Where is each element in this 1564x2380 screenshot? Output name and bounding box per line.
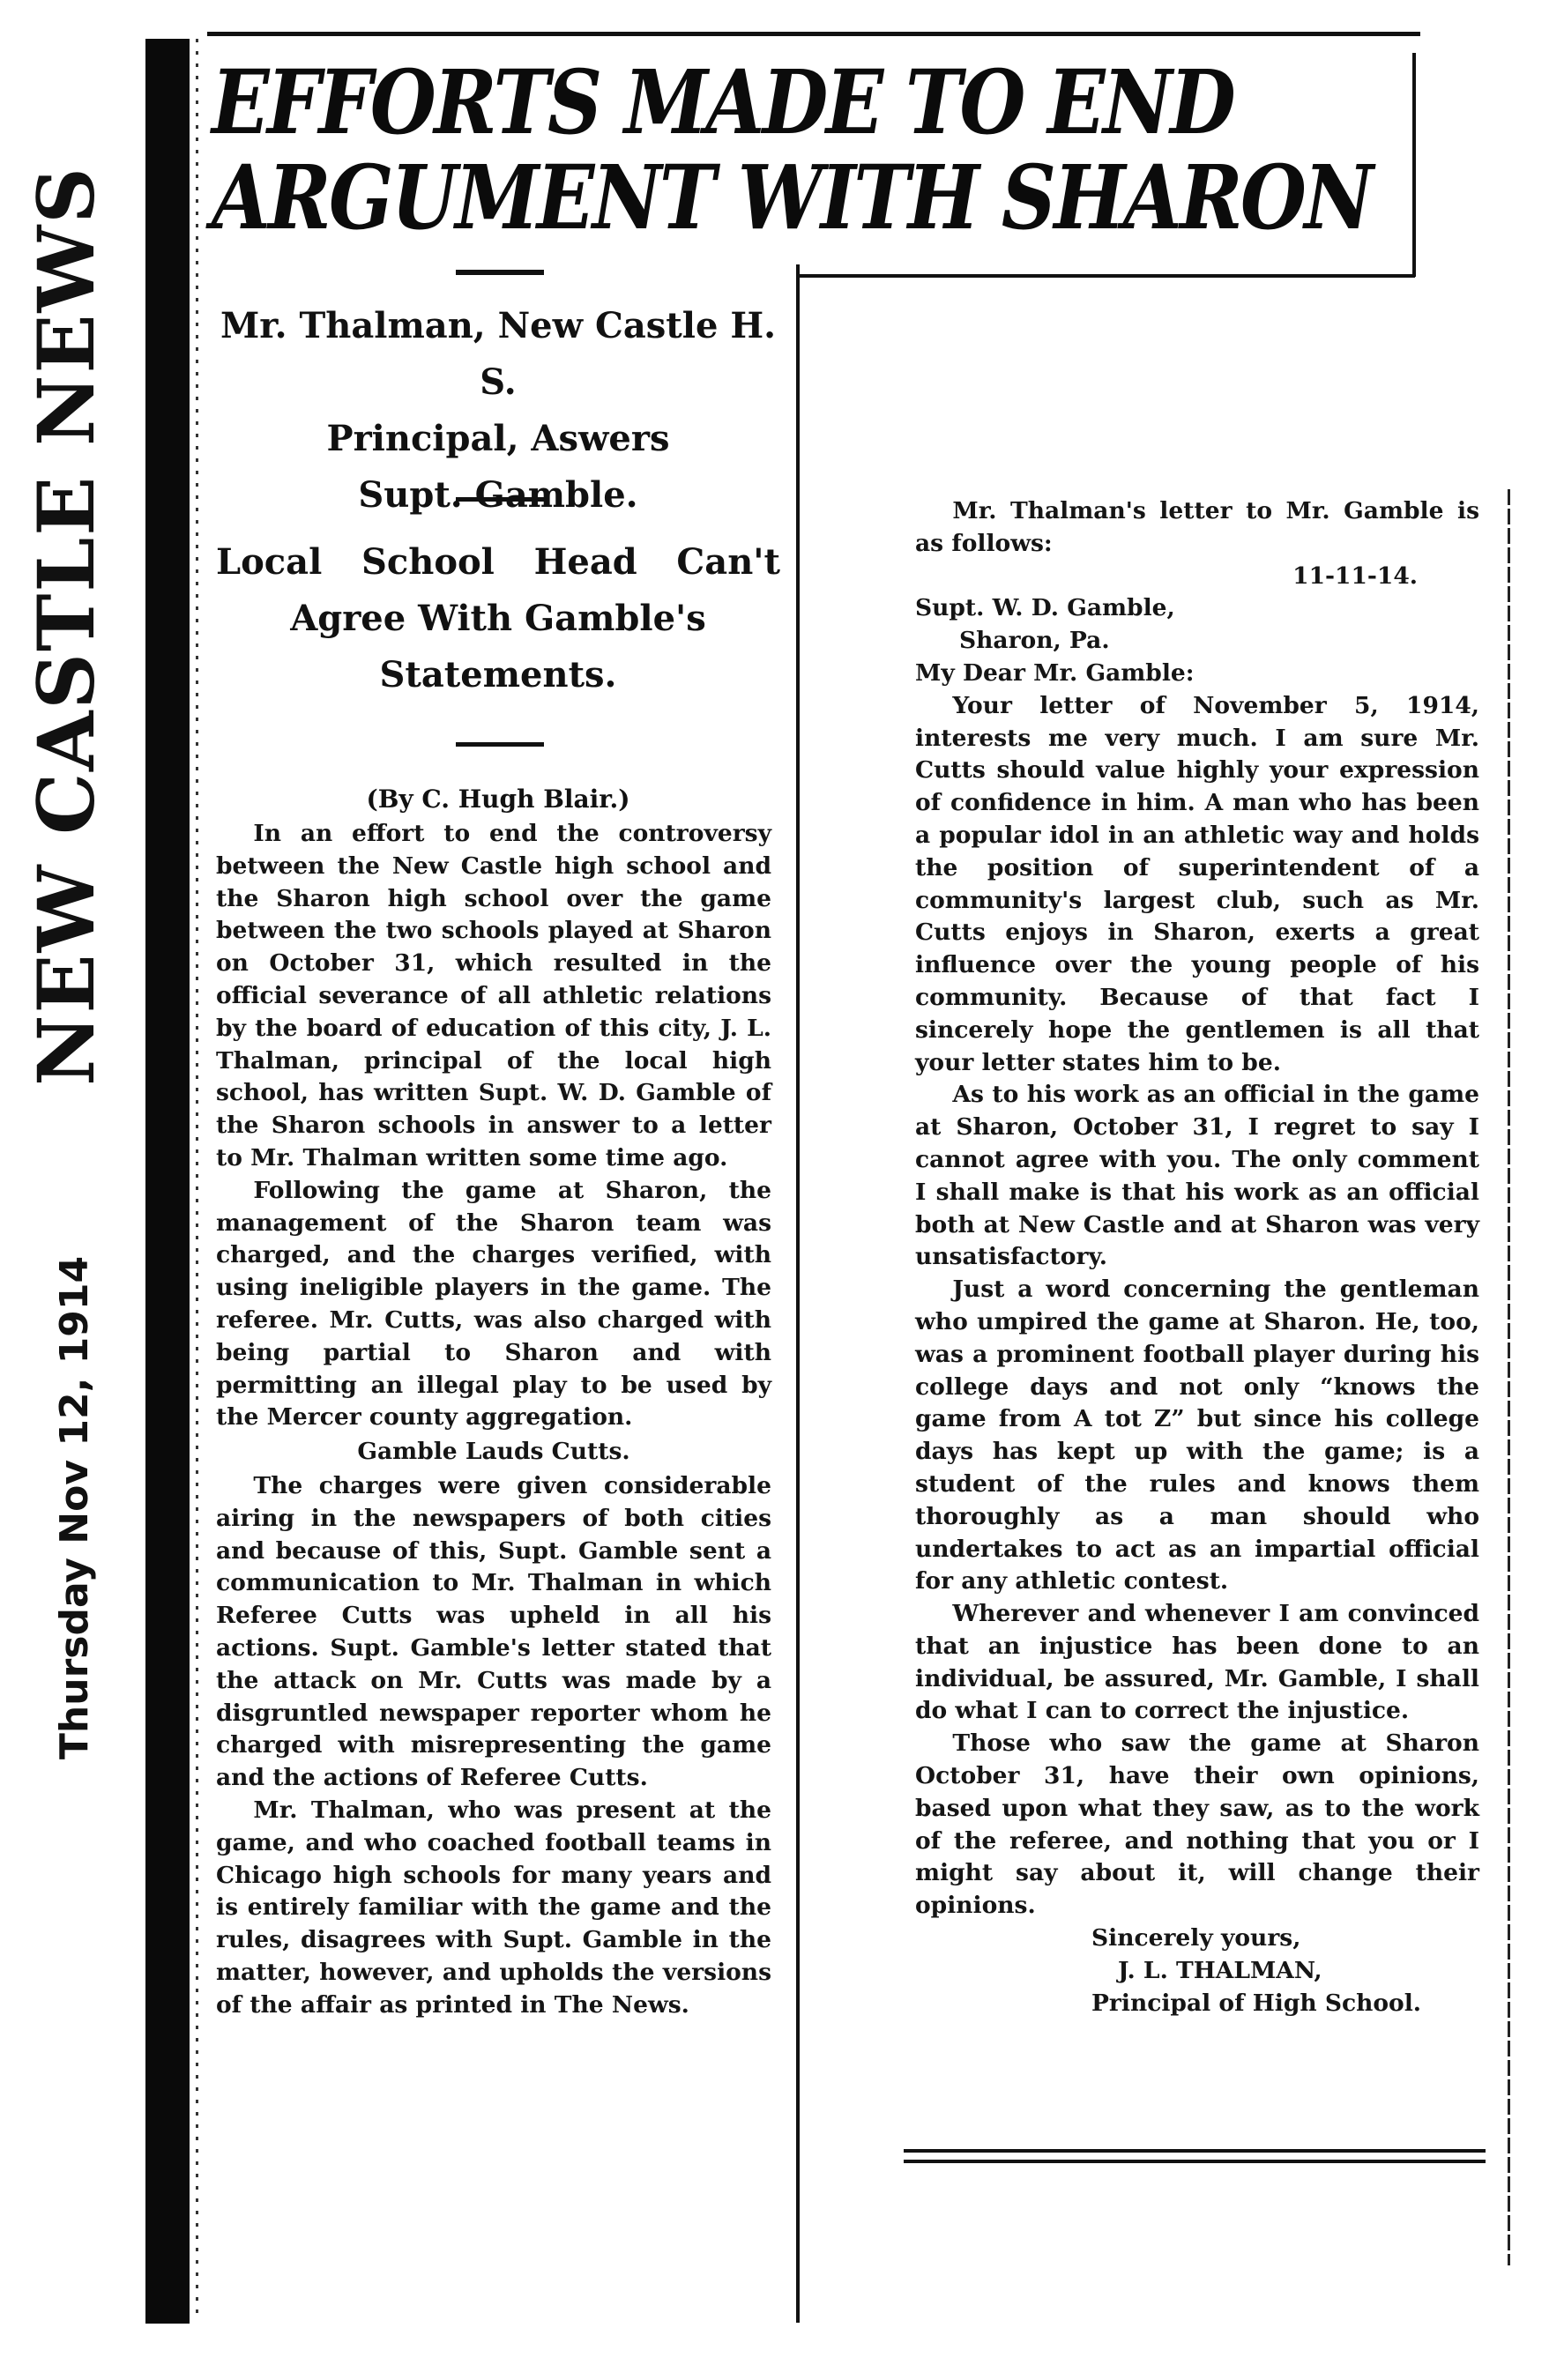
letter-salutation: My Dear Mr. Gamble: [915, 658, 1479, 690]
deck-separator-rule [456, 497, 544, 502]
subheading: Gamble Lauds Cutts. [216, 1436, 771, 1469]
deck-two: Local School Head Can't Agree With Gambl… [216, 534, 780, 703]
paragraph: Wherever and whenever I am convinced tha… [915, 1598, 1479, 1728]
article-right-column-letter: Mr. Thalman's letter to Mr. Gamble is as… [915, 495, 1479, 2019]
paragraph: In an effort to end the controversy betw… [216, 818, 771, 1175]
letter-signature: J. L. THALMAN, [915, 1955, 1479, 1988]
newspaper-masthead-vertical: NEW CASTLE NEWS [18, 106, 115, 1146]
headline-line-1: EFFORTS MADE TO END [212, 55, 1243, 150]
deck-two-line-2: Agree With Gamble's [216, 591, 780, 647]
headline-line-2: ARGUMENT WITH SHARON [212, 150, 1243, 245]
paragraph: The charges were given considerable airi… [216, 1470, 771, 1795]
deck-one-line-1: Mr. Thalman, New Castle H. S. [216, 298, 780, 411]
publication-date-vertical: Thursday Nov 12, 1914 [35, 1234, 115, 1781]
deck-one-line-2: Principal, Aswers [216, 411, 780, 467]
headline-top-rule [207, 32, 1420, 36]
deck-one: Mr. Thalman, New Castle H. S. Principal,… [216, 298, 780, 524]
end-rule [904, 2160, 1486, 2163]
deck-two-line-3: Statements. [216, 647, 780, 703]
paragraph: Mr. Thalman, who was present at the game… [216, 1795, 771, 2022]
paragraph: Your letter of November 5, 1914, interes… [915, 690, 1479, 1080]
paragraph: Those who saw the game at Sharon October… [915, 1728, 1479, 1923]
article-left-column: In an effort to end the controversy betw… [216, 818, 771, 2021]
right-column-border [1508, 489, 1510, 2265]
letter-signer-title: Principal of High School. [915, 1988, 1479, 2020]
paragraph: Just a word concerning the gentleman who… [915, 1274, 1479, 1598]
clipping-left-edge-speckle [196, 39, 198, 2322]
headline: EFFORTS MADE TO END ARGUMENT WITH SHARON [212, 55, 1243, 245]
deck-one-line-3: Supt. Gamble. [216, 467, 780, 524]
deck-two-line-1: Local School Head Can't [216, 534, 780, 591]
deck-separator-rule [456, 742, 544, 747]
letter-address-line-2: Sharon, Pa. [915, 625, 1479, 658]
letter-closing: Sincerely yours, [915, 1923, 1479, 1955]
right-column-top-rule [798, 274, 1415, 278]
deck-separator-rule [456, 270, 544, 275]
paragraph: Following the game at Sharon, the manage… [216, 1175, 771, 1434]
byline: (By C. Hugh Blair.) [216, 785, 780, 814]
letter-address-line-1: Supt. W. D. Gamble, [915, 592, 1479, 625]
letter-intro: Mr. Thalman's letter to Mr. Gamble is as… [915, 495, 1479, 561]
paragraph: As to his work as an official in the gam… [915, 1079, 1479, 1274]
clipping-black-edge [145, 39, 190, 2324]
headline-right-rule [1412, 53, 1416, 277]
column-divider [796, 264, 800, 2323]
letter-date: 11-11-14. [915, 561, 1479, 593]
end-rule [904, 2149, 1486, 2153]
publication-name: NEW CASTLE NEWS [20, 166, 112, 1086]
publication-date: Thursday Nov 12, 1914 [53, 1255, 98, 1759]
